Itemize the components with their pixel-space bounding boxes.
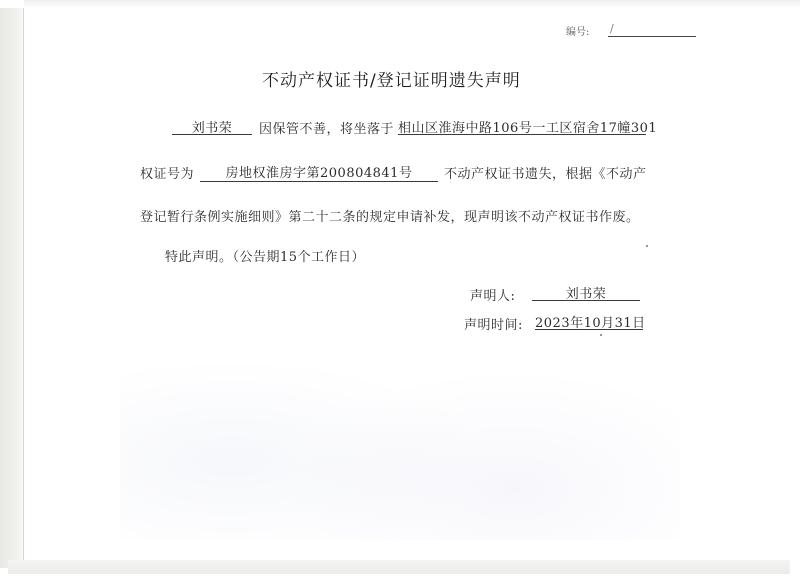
serial-number-field: / xyxy=(608,22,696,37)
declaration-date-field: 2023年10月31日 xyxy=(535,312,643,330)
scan-edge-left xyxy=(0,8,24,568)
statement-text-line3: 登记暂行条例实施细则》第二十二条的规定申请补发，现声明该不动产权证书作废。 xyxy=(140,206,640,225)
scan-speck xyxy=(600,334,602,336)
serial-number-label: 编号: xyxy=(566,23,589,38)
notice-period-text: 特此声明。（公告期15个工作日） xyxy=(165,246,365,265)
certificate-number-field: 房地权淮房字第200804841号 xyxy=(200,162,438,182)
declarant-label: 声明人: xyxy=(470,285,515,304)
document-title: 不动产权证书/登记证明遗失声明 xyxy=(262,66,521,91)
scan-speck xyxy=(646,245,648,247)
scan-edge-bottom xyxy=(8,560,790,574)
scan-edge-top xyxy=(24,0,800,8)
property-address-field: 相山区淮海中路106号一工区宿舍17幢301 xyxy=(398,117,646,135)
declaration-date-label: 声明时间: xyxy=(464,314,523,333)
statement-text-line2: 不动产权证书遗失，根据《不动产 xyxy=(444,163,647,182)
declarant-signature-field: 刘书荣 xyxy=(532,283,640,301)
certificate-number-label: 权证号为 xyxy=(140,163,194,182)
loss-reason-text: 因保管不善，将坐落于 xyxy=(259,118,394,137)
declarant-name-field: 刘书荣 xyxy=(172,117,252,135)
